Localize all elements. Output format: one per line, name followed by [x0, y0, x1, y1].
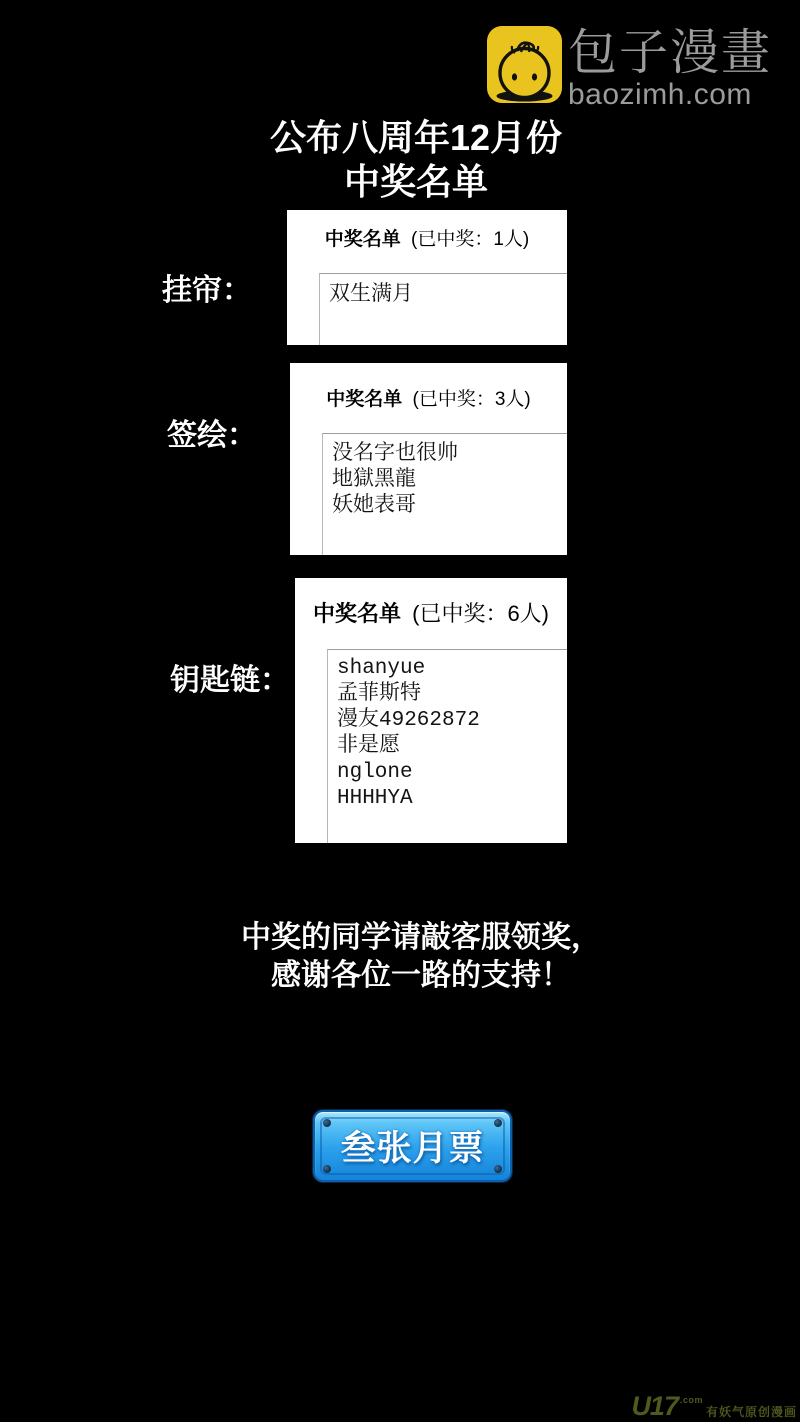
- winner-name: 地獄黑龍: [332, 466, 567, 492]
- winner-name: nglone: [337, 760, 567, 786]
- footer-note-line2: 感谢各位一路的支持！: [241, 957, 601, 995]
- footer-note: 中奖的同学请敲客服领奖， 感谢各位一路的支持！: [241, 919, 601, 995]
- winner-list-title: 中奖名单: [325, 229, 401, 250]
- winner-list-title: 中奖名单: [313, 601, 401, 626]
- winner-name: 非是愿: [337, 734, 567, 760]
- ticket-button-label: 叁张月票: [340, 1121, 484, 1171]
- winner-name: 漫友49262872: [337, 708, 567, 734]
- winner-card-curtain: 中奖名单 (已中奖：1人) 双生满月: [287, 210, 567, 345]
- winner-card-sketch: 中奖名单 (已中奖：3人) 没名字也很帅 地獄黑龍 妖她表哥: [290, 363, 567, 555]
- page-title: 公布八周年12月份 中奖名单: [270, 116, 562, 204]
- prize-section-keychain: 钥匙链： 中奖名单 (已中奖：6人) shanyue 孟菲斯特 漫友492628…: [0, 578, 567, 843]
- site-name: 包子漫畫: [568, 26, 772, 80]
- page: 包子漫畫 baozimh.com 公布八周年12月份 中奖名单 挂帘： 中奖名单…: [0, 0, 800, 1422]
- winner-list-title: 中奖名单: [326, 389, 402, 410]
- prize-label-sketch: 签绘：: [0, 410, 290, 555]
- winner-list-box-curtain[interactable]: 双生满月: [319, 273, 567, 345]
- winner-name: 妖她表哥: [332, 492, 567, 518]
- winner-name: 没名字也很帅: [332, 440, 567, 466]
- prize-section-sketch: 签绘： 中奖名单 (已中奖：3人) 没名字也很帅 地獄黑龍 妖她表哥: [0, 363, 567, 555]
- u17-watermark: U17 .com 有妖气原创漫画: [631, 1393, 797, 1419]
- winner-count: (已中奖：3人): [413, 389, 531, 410]
- winner-card-header: 中奖名单 (已中奖：6人): [295, 578, 567, 628]
- winner-list-box-sketch[interactable]: 没名字也很帅 地獄黑龍 妖她表哥: [322, 433, 567, 555]
- winner-count: (已中奖：6人): [412, 601, 549, 626]
- screw-icon: [323, 1165, 331, 1173]
- u17-logo-text: U17: [631, 1393, 678, 1419]
- winner-name: HHHHYA: [337, 786, 567, 812]
- winner-count: (已中奖：1人): [411, 229, 529, 250]
- winner-card-keychain: 中奖名单 (已中奖：6人) shanyue 孟菲斯特 漫友49262872 非是…: [295, 578, 567, 843]
- prize-label-curtain: 挂帘：: [0, 265, 287, 345]
- u17-tagline: 有妖气原创漫画: [706, 1406, 797, 1419]
- prize-section-curtain: 挂帘： 中奖名单 (已中奖：1人) 双生满月: [0, 210, 567, 345]
- baozi-bun-icon: [487, 26, 562, 103]
- u17-domain-suffix: .com: [680, 1396, 703, 1405]
- prize-label-keychain: 钥匙链：: [0, 655, 295, 843]
- winner-card-header: 中奖名单 (已中奖：3人): [290, 363, 567, 411]
- winner-name: shanyue: [337, 656, 567, 682]
- screw-icon: [494, 1119, 502, 1127]
- winner-card-header: 中奖名单 (已中奖：1人): [287, 210, 567, 251]
- winner-list-box-keychain[interactable]: shanyue 孟菲斯特 漫友49262872 非是愿 nglone HHHHY…: [327, 649, 567, 843]
- page-title-line2: 中奖名单: [270, 160, 562, 204]
- winner-name: 双生满月: [329, 280, 567, 307]
- site-logo: 包子漫畫 baozimh.com: [487, 26, 772, 110]
- footer-note-line1: 中奖的同学请敲客服领奖，: [241, 919, 601, 957]
- screw-icon: [494, 1165, 502, 1173]
- monthly-ticket-button[interactable]: 叁张月票: [313, 1110, 512, 1182]
- page-title-line1: 公布八周年12月份: [270, 116, 562, 160]
- site-domain: baozimh.com: [568, 80, 772, 110]
- winner-name: 孟菲斯特: [337, 682, 567, 708]
- screw-icon: [323, 1119, 331, 1127]
